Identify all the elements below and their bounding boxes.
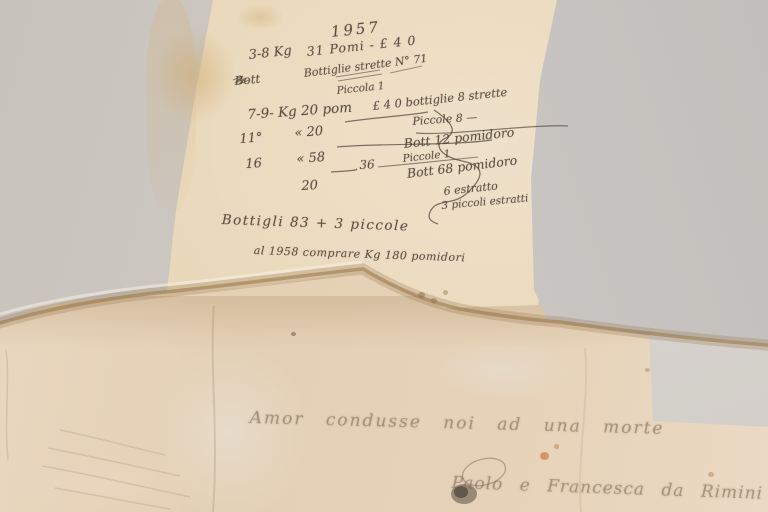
plaster-light-patch: [22, 450, 202, 512]
stained-patch-edge: [146, 0, 196, 210]
brown-speck: [443, 290, 448, 295]
note-line-ditto58: « 58: [296, 150, 326, 167]
note-line-20: 20: [301, 178, 318, 194]
note-line-16: 16: [245, 156, 262, 172]
note-line-bott-margin: Bott: [234, 72, 261, 88]
wall-photo: 1957 3-8 Kg 31 Pomi - £ 4 0 Bott Bottigl…: [0, 0, 768, 512]
orange-speck: [540, 452, 549, 460]
brown-speck: [431, 298, 437, 303]
brown-speck: [708, 472, 714, 477]
yellow-stain: [236, 4, 284, 30]
orange-speck: [554, 444, 559, 449]
note-line-ditto20: « 20: [294, 124, 324, 141]
dark-speck: [291, 332, 296, 336]
note-line-36: 36: [359, 157, 375, 172]
brown-speck: [645, 368, 650, 372]
brown-speck: [418, 292, 425, 298]
plaster-light-patch: [430, 340, 570, 400]
note-line-11: 11°: [239, 130, 263, 147]
